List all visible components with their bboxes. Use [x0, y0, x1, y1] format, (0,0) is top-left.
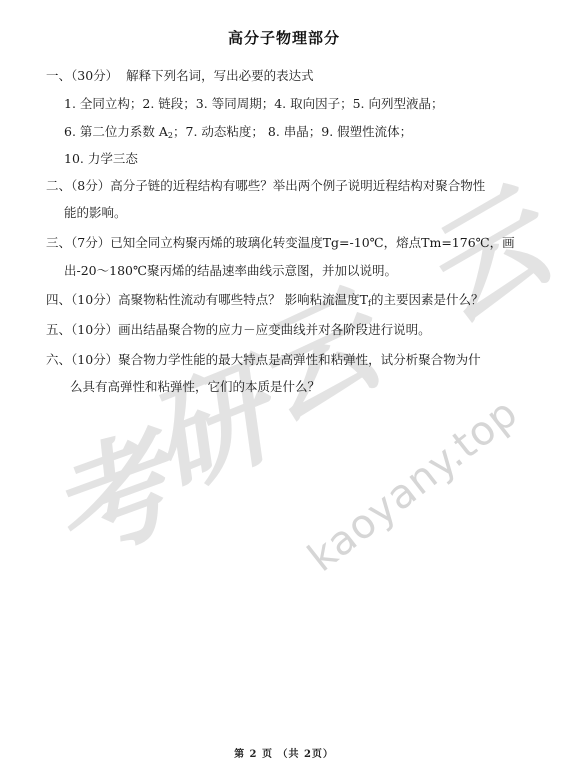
term-text: ；7. 动态粘度； 8. 串晶；9. 假塑性流体； [173, 124, 412, 139]
watermark-char-2: 研 [132, 352, 286, 506]
question-score: （10分） [71, 322, 118, 337]
page-footer: 第 2 页 （共 2页） [0, 745, 568, 760]
question-5-line-1: 五、（10分）画出结晶聚合物的应力－应变曲线并对各阶段进行说明。 [46, 320, 431, 338]
question-4-line-1: 四、（10分）高聚物粘性流动有哪些特点？ 影响粘流温度Tf的主要因素是什么？ [46, 290, 483, 308]
question-text: 的主要因素是什么？ [371, 292, 484, 307]
question-text: 高聚物粘性流动有哪些特点？ 影响粘流温度T [118, 292, 368, 307]
term-text: 6. 第二位力系数 A [64, 124, 168, 139]
question-score: （8分） [71, 178, 110, 193]
question-2-line-1: 二、（8分）高分子链的近程结构有哪些？举出两个例子说明近程结构对聚合物性 [46, 176, 485, 194]
question-1-heading: 一、（30分） 解释下列名词，写出必要的表达式 [46, 66, 314, 84]
question-number: 一、 [46, 68, 71, 83]
question-1-terms-line-1: 1. 全同立构；2. 链段；3. 等同周期；4. 取向因子；5. 向列型液晶； [64, 94, 444, 112]
question-score: （30分） [71, 68, 118, 83]
watermark-char-1: 考 [35, 423, 186, 574]
question-6-line-2: 么具有高弹性和粘弹性，它们的本质是什么？ [70, 377, 320, 395]
question-number: 四、 [46, 292, 71, 307]
question-3-line-1: 三、（7分）已知全同立构聚丙烯的玻璃化转变温度Tg=-10℃，熔点Tm=176℃… [46, 233, 515, 251]
watermark-char-4: 云 [403, 178, 564, 339]
question-number: 三、 [46, 235, 71, 250]
page-title: 高分子物理部分 [0, 27, 568, 48]
question-number: 二、 [46, 178, 71, 193]
question-text: 聚合物力学性能的最大特点是高弹性和粘弹性，试分析聚合物为什 [118, 352, 481, 367]
question-score: （10分） [71, 352, 118, 367]
question-score: （7分） [71, 235, 110, 250]
question-2-line-2: 能的影响。 [64, 203, 127, 221]
question-score: （10分） [71, 292, 118, 307]
question-prompt: 解释下列名词，写出必要的表达式 [126, 68, 314, 83]
question-number: 五、 [46, 322, 71, 337]
question-1-terms-line-3: 10. 力学三态 [64, 149, 138, 167]
question-text: 画出结晶聚合物的应力－应变曲线并对各阶段进行说明。 [118, 322, 431, 337]
question-1-terms-line-2: 6. 第二位力系数 A2；7. 动态粘度； 8. 串晶；9. 假塑性流体； [64, 122, 412, 140]
question-text: 高分子链的近程结构有哪些？举出两个例子说明近程结构对聚合物性 [110, 178, 485, 193]
question-number: 六、 [46, 352, 71, 367]
question-text: 已知全同立构聚丙烯的玻璃化转变温度Tg=-10℃，熔点Tm=176℃，画 [110, 235, 514, 250]
watermark-url: kaoyany.top [300, 389, 527, 581]
question-3-line-2: 出-20～180℃聚丙烯的结晶速率曲线示意图，并加以说明。 [64, 261, 397, 279]
question-6-line-1: 六、（10分）聚合物力学性能的最大特点是高弹性和粘弹性，试分析聚合物为什 [46, 350, 481, 368]
